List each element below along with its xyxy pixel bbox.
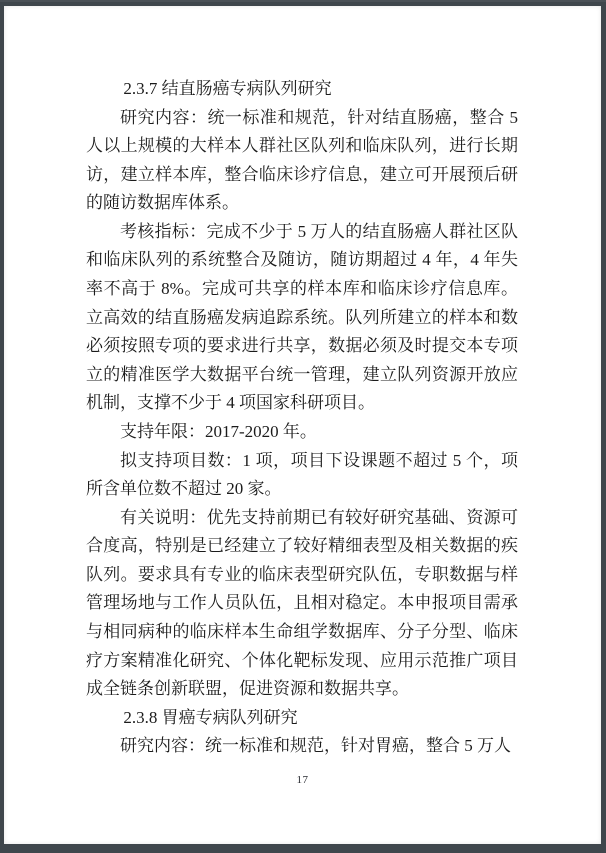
text-line: 所含单位数不超过 20 家。 [86,475,518,504]
text-line: 支持年限：2017-2020 年。 [86,418,518,447]
text-line: 和临床队列的系统整合及随访，随访期超过 4 年，4 年失访 [86,246,518,275]
text-line: 必须按照专项的要求进行共享，数据必须及时提交本专项建 [86,332,518,361]
text-line: 考核指标：完成不少于 5 万人的结直肠癌人群社区队列 [86,218,518,247]
document-page: 2.3.7 结直肠癌专病队列研究研究内容：统一标准和规范，针对结直肠癌，整合 5… [4,6,601,844]
text-line: 机制，支撑不少于 4 项国家科研项目。 [86,389,518,418]
text-line: 率不高于 8%。完成可共享的样本库和临床诊疗信息库。建 [86,275,518,304]
frame-edge [0,0,606,2]
text-line: 与相同病种的临床样本生命组学数据库、分子分型、临床诊 [86,618,518,647]
text-line: 的随访数据库体系。 [86,189,518,218]
text-line: 人以上规模的大样本人群社区队列和临床队列，进行长期随 [86,132,518,161]
text-line: 疗方案精准化研究、个体化靶标发现、应用示范推广项目形 [86,647,518,676]
pdf-viewport: 2.3.7 结直肠癌专病队列研究研究内容：统一标准和规范，针对结直肠癌，整合 5… [0,0,606,853]
text-line: 有关说明：优先支持前期已有较好研究基础、资源可整 [86,504,518,533]
text-line: 立的精准医学大数据平台统一管理，建立队列资源开放应用 [86,361,518,390]
text-line: 队列。要求具有专业的临床表型研究队伍，专职数据与样本 [86,561,518,590]
text-line: 研究内容：统一标准和规范，针对胃癌，整合 5 万人以 [86,732,518,761]
text-line: 立高效的结直肠癌发病追踪系统。队列所建立的样本和数据 [86,304,518,333]
section-heading: 2.3.8 胃癌专病队列研究 [86,704,518,733]
text-line: 拟支持项目数：1 项，项目下设课题不超过 5 个，项目 [86,447,518,476]
text-block: 2.3.7 结直肠癌专病队列研究研究内容：统一标准和规范，针对结直肠癌，整合 5… [86,75,518,761]
text-line: 研究内容：统一标准和规范，针对结直肠癌，整合 5 万 [86,104,518,133]
text-line: 合度高，特别是已经建立了较好精细表型及相关数据的疾病 [86,532,518,561]
text-line: 管理场地与工作人员队伍，且相对稳定。本申报项目需承诺 [86,589,518,618]
text-line: 访，建立样本库，整合临床诊疗信息，建立可开展预后研究 [86,161,518,190]
page-number: 17 [4,774,601,786]
section-heading: 2.3.7 结直肠癌专病队列研究 [86,75,518,104]
text-line: 成全链条创新联盟，促进资源和数据共享。 [86,675,518,704]
